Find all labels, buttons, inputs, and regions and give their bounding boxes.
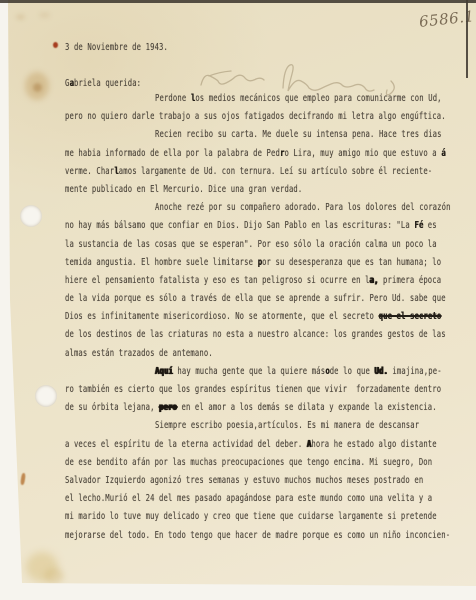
- text-segment: de la vida porque es sólo a través de el…: [65, 293, 446, 304]
- text-segment: mejorarse del todo. En todo tengo que ha…: [65, 530, 450, 541]
- letter-line: de ese bendito afán por las muchas preoc…: [65, 454, 468, 472]
- text-segment: imajina,pe-: [388, 366, 442, 377]
- letter-line: verme. Charlamos largamente de Ud. con t…: [65, 163, 468, 181]
- text-segment: Siempre escribo poesia,artículos. Es mi …: [155, 420, 419, 431]
- letter-line: mi marido lo tuve muy delicado y creo qu…: [65, 508, 468, 526]
- letter-line: almas están trazados de antemano.: [65, 345, 468, 363]
- stain-speck: [39, 12, 50, 18]
- letter-line: Siempre escribo poesia,artículos. Es mi …: [65, 417, 468, 435]
- text-segment: temida angustia. El hombre suele limitar…: [65, 257, 258, 268]
- text-segment: Aquí: [155, 366, 173, 377]
- text-segment: briela querida:: [74, 78, 141, 89]
- text-segment: á: [441, 148, 445, 159]
- letter-body: Perdone los medios mecánicos que empleo …: [65, 90, 468, 545]
- text-segment: or su desesperanza que es tan humana; lo: [262, 257, 441, 268]
- letter-line: Salvador Izquierdo agonizó tres semanas …: [65, 472, 468, 490]
- text-segment: en el amor a los demás se dilata y expan…: [177, 402, 437, 413]
- letter-line: de los destinos de las criaturas no esta…: [65, 326, 468, 344]
- letter-line: mente publicado en El Mercurio. Dice una…: [65, 181, 468, 199]
- punch-hole: [35, 385, 57, 407]
- text-segment: de lo que: [330, 366, 375, 377]
- stain-yellow: [44, 568, 64, 584]
- letter-line: a veces el espíritu de la eterna activid…: [65, 436, 468, 454]
- letter-line: pero no quiero darle trabajo a sus ojos …: [65, 108, 468, 126]
- text-segment: Salvador Izquierdo agonizó tres semanas …: [65, 475, 423, 486]
- text-segment: la sustancia de las cosas que se esperan…: [65, 239, 437, 250]
- text-segment: mente publicado en El Mercurio. Dice una…: [65, 184, 302, 195]
- text-segment: hay mucha gente que la quiere más: [173, 366, 325, 377]
- letter-line: mejorarse del todo. En todo tengo que ha…: [65, 527, 468, 545]
- text-segment: Dios es infinitamente misericordioso. No…: [65, 311, 379, 322]
- letter-line: Anoche rezé por su compañero adorado. Pa…: [65, 199, 468, 217]
- scan-edge-top-line: [0, 0, 476, 3]
- text-segment: hora he estado algo distante: [311, 439, 436, 450]
- stain-brown-core: [33, 83, 42, 92]
- stain-orange-mark: [20, 473, 26, 485]
- stain-yellow: [26, 552, 58, 582]
- text-segment: mi marido lo tuve muy delicado y creo qu…: [65, 511, 437, 522]
- text-segment: Perdone: [155, 93, 191, 104]
- text-segment: de ese bendito afán por las muchas preoc…: [65, 457, 432, 468]
- text-segment: hiere el pensamiento fatalista y eso es …: [65, 275, 370, 286]
- text-segment: a veces el espíritu de la eterna activid…: [65, 439, 307, 450]
- letter-line: no hay más bálsamo que confiar en Dios. …: [65, 217, 468, 235]
- letter-line: la sustancia de las cosas que se esperan…: [65, 236, 468, 254]
- text-segment: pero: [159, 402, 177, 413]
- letter-line: Recien recibo su carta. Me duele su inte…: [65, 126, 468, 144]
- text-segment: Recien recibo su carta. Me duele su inte…: [155, 129, 442, 140]
- text-segment: de su órbita lejana,: [65, 402, 159, 413]
- text-segment: a,: [370, 275, 379, 286]
- scanned-letter-page: { "archive": { "number_handwritten": "65…: [0, 0, 476, 600]
- text-segment: me habia informado de ella por la palabr…: [65, 148, 280, 159]
- letter-date: 3 de Noviembre de 1943.: [65, 39, 468, 57]
- text-segment: pero no quiero darle trabajo a sus ojos …: [65, 111, 446, 122]
- text-segment: o Lira, muy amigo mio que estuvo a: [284, 148, 441, 159]
- text-segment: os medios mecánicos que empleo para comu…: [195, 93, 441, 104]
- letter-line: me habia informado de ella por la palabr…: [65, 145, 468, 163]
- text-segment: verme. Char: [65, 166, 114, 177]
- text-segment: de los destinos de las criaturas no esta…: [65, 329, 446, 340]
- red-ink-dot: [53, 42, 58, 48]
- letter-line: hiere el pensamiento fatalista y eso es …: [65, 272, 468, 290]
- text-segment: el lecho.Murió el 24 del mes pasado apag…: [65, 493, 432, 504]
- stain-speck: [16, 14, 25, 20]
- letter-line: de su órbita lejana, pero en el amor a l…: [65, 399, 468, 417]
- letter-line: ro también es cierto que los grandes esp…: [65, 381, 468, 399]
- letter-line: el lecho.Murió el 24 del mes pasado apag…: [65, 490, 468, 508]
- text-segment: que el secreto: [379, 311, 442, 322]
- letter-line: Dios es infinitamente misericordioso. No…: [65, 308, 468, 326]
- text-segment: Ud.: [374, 366, 387, 377]
- stain-brown: [25, 72, 49, 100]
- text-segment: es: [423, 220, 436, 231]
- letter-line: temida angustia. El hombre suele limitar…: [65, 254, 468, 272]
- text-segment: Fé: [414, 220, 423, 231]
- text-segment: amos largamente de Ud. con ternura. Leí …: [119, 166, 433, 177]
- paper-sheet: 6586.1 3 de Noviembre de 1943. Gabriela …: [0, 0, 476, 600]
- letter-line: de la vida porque es sólo a través de el…: [65, 290, 468, 308]
- letter-line: Perdone los medios mecánicos que empleo …: [65, 90, 468, 108]
- text-segment: Anoche rezé por su compañero adorado. Pa…: [155, 202, 451, 213]
- text-segment: ro también es cierto que los grandes esp…: [65, 384, 441, 395]
- text-segment: primera época: [379, 275, 442, 286]
- text-segment: almas están trazados de antemano.: [65, 348, 213, 359]
- punch-hole: [20, 205, 42, 227]
- letter-line: Aquí hay mucha gente que la quiere másod…: [65, 363, 468, 381]
- scan-edge-right-line: [466, 0, 468, 78]
- text-segment: no hay más bálsamo que confiar en Dios. …: [65, 220, 414, 231]
